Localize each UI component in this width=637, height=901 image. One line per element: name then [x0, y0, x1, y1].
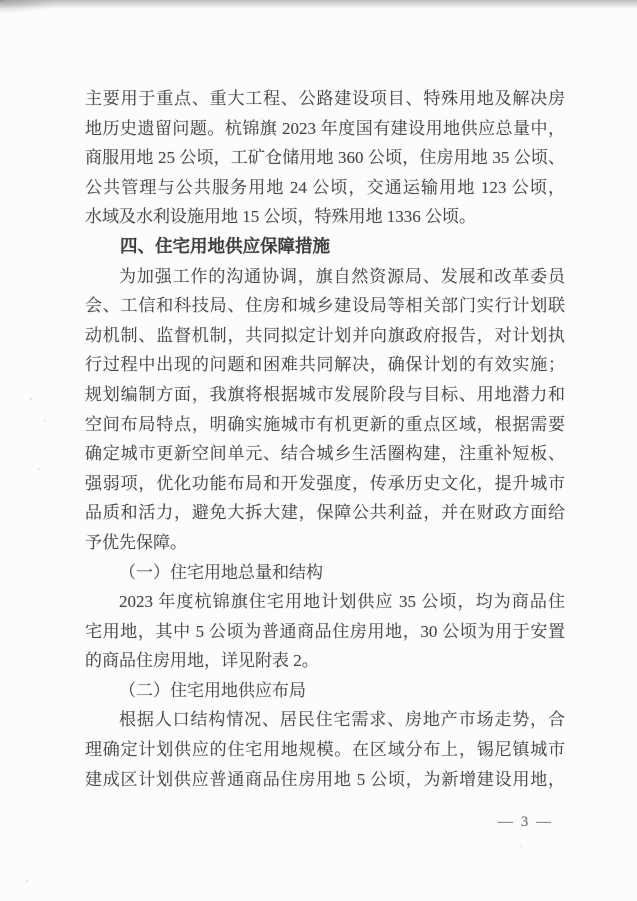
- text-line: 的商品住房用地，详见附表 2。: [85, 646, 565, 676]
- scan-speckles: [0, 0, 2, 2]
- scan-top-edge-shadow: [0, 0, 637, 9]
- section-heading: 四、住宅用地供应保障措施: [85, 232, 565, 262]
- text-line: 强弱项，优化功能布局和开发强度，传承历史文化，提升城市: [85, 469, 565, 499]
- text-line: 建成区计划供应普通商品住房用地 5 公顷，为新增建设用地，: [85, 765, 565, 795]
- text-line: 公共管理与公共服务用地 24 公顷，交通运输用地 123 公顷，: [85, 173, 565, 203]
- text-line: 地历史遗留问题。杭锦旗 2023 年度国有建设用地供应总量中，: [85, 114, 565, 144]
- text-line: 宅用地，其中 5 公顷为普通商品住房用地，30 公顷为用于安置: [85, 617, 565, 647]
- document-content: 主要用于重点、重大工程、公路建设项目、特殊用地及解决房地历史遗留问题。杭锦旗 2…: [85, 84, 565, 794]
- text-line: 空间布局特点，明确实施城市有机更新的重点区域，根据需要: [85, 410, 565, 440]
- text-line: 理确定计划供应的住宅用地规模。在区域分布上，锡尼镇城市: [85, 735, 565, 765]
- paragraph: 主要用于重点、重大工程、公路建设项目、特殊用地及解决房地历史遗留问题。杭锦旗 2…: [85, 84, 565, 232]
- text-line: 动机制、监督机制，共同拟定计划并向旗政府报告，对计划执: [85, 321, 565, 351]
- text-line: 水域及水利设施用地 15 公顷，特殊用地 1336 公顷。: [85, 202, 565, 232]
- text-line: 会、工信和科技局、住房和城乡建设局等相关部门实行计划联: [85, 291, 565, 321]
- paragraph: 根据人口结构情况、居民住宅需求、房地产市场走势，合理确定计划供应的住宅用地规模。…: [85, 705, 565, 794]
- text-line: 2023 年度杭锦旗住宅用地计划供应 35 公顷，均为商品住: [85, 587, 565, 617]
- text-line: 予优先保障。: [85, 528, 565, 558]
- sub-heading: （二）住宅用地供应布局: [85, 676, 565, 706]
- text-line: 品质和活力，避免大拆大建，保障公共利益，并在财政方面给: [85, 498, 565, 528]
- paragraph: 2023 年度杭锦旗住宅用地计划供应 35 公顷，均为商品住宅用地，其中 5 公…: [85, 587, 565, 676]
- paragraph: 为加强工作的沟通协调，旗自然资源局、发展和改革委员会、工信和科技局、住房和城乡建…: [85, 262, 565, 558]
- text-line: 根据人口结构情况、居民住宅需求、房地产市场走势，合: [85, 705, 565, 735]
- text-line: 行过程中出现的问题和困难共同解决，确保计划的有效实施；: [85, 350, 565, 380]
- page-number: — 3 —: [498, 814, 553, 831]
- text-line: 主要用于重点、重大工程、公路建设项目、特殊用地及解决房: [85, 84, 565, 114]
- scan-corner-shadow: [0, 0, 60, 14]
- scanned-document-page: 主要用于重点、重大工程、公路建设项目、特殊用地及解决房地历史遗留问题。杭锦旗 2…: [0, 0, 637, 901]
- text-line: 规划编制方面，我旗将根据城市发展阶段与目标、用地潜力和: [85, 380, 565, 410]
- sub-heading: （一）住宅用地总量和结构: [85, 558, 565, 588]
- text-line: 为加强工作的沟通协调，旗自然资源局、发展和改革委员: [85, 262, 565, 292]
- text-line: 确定城市更新空间单元、结合城乡生活圈构建，注重补短板、: [85, 439, 565, 469]
- text-line: 商服用地 25 公顷，工矿仓储用地 360 公顷，住房用地 35 公顷、: [85, 143, 565, 173]
